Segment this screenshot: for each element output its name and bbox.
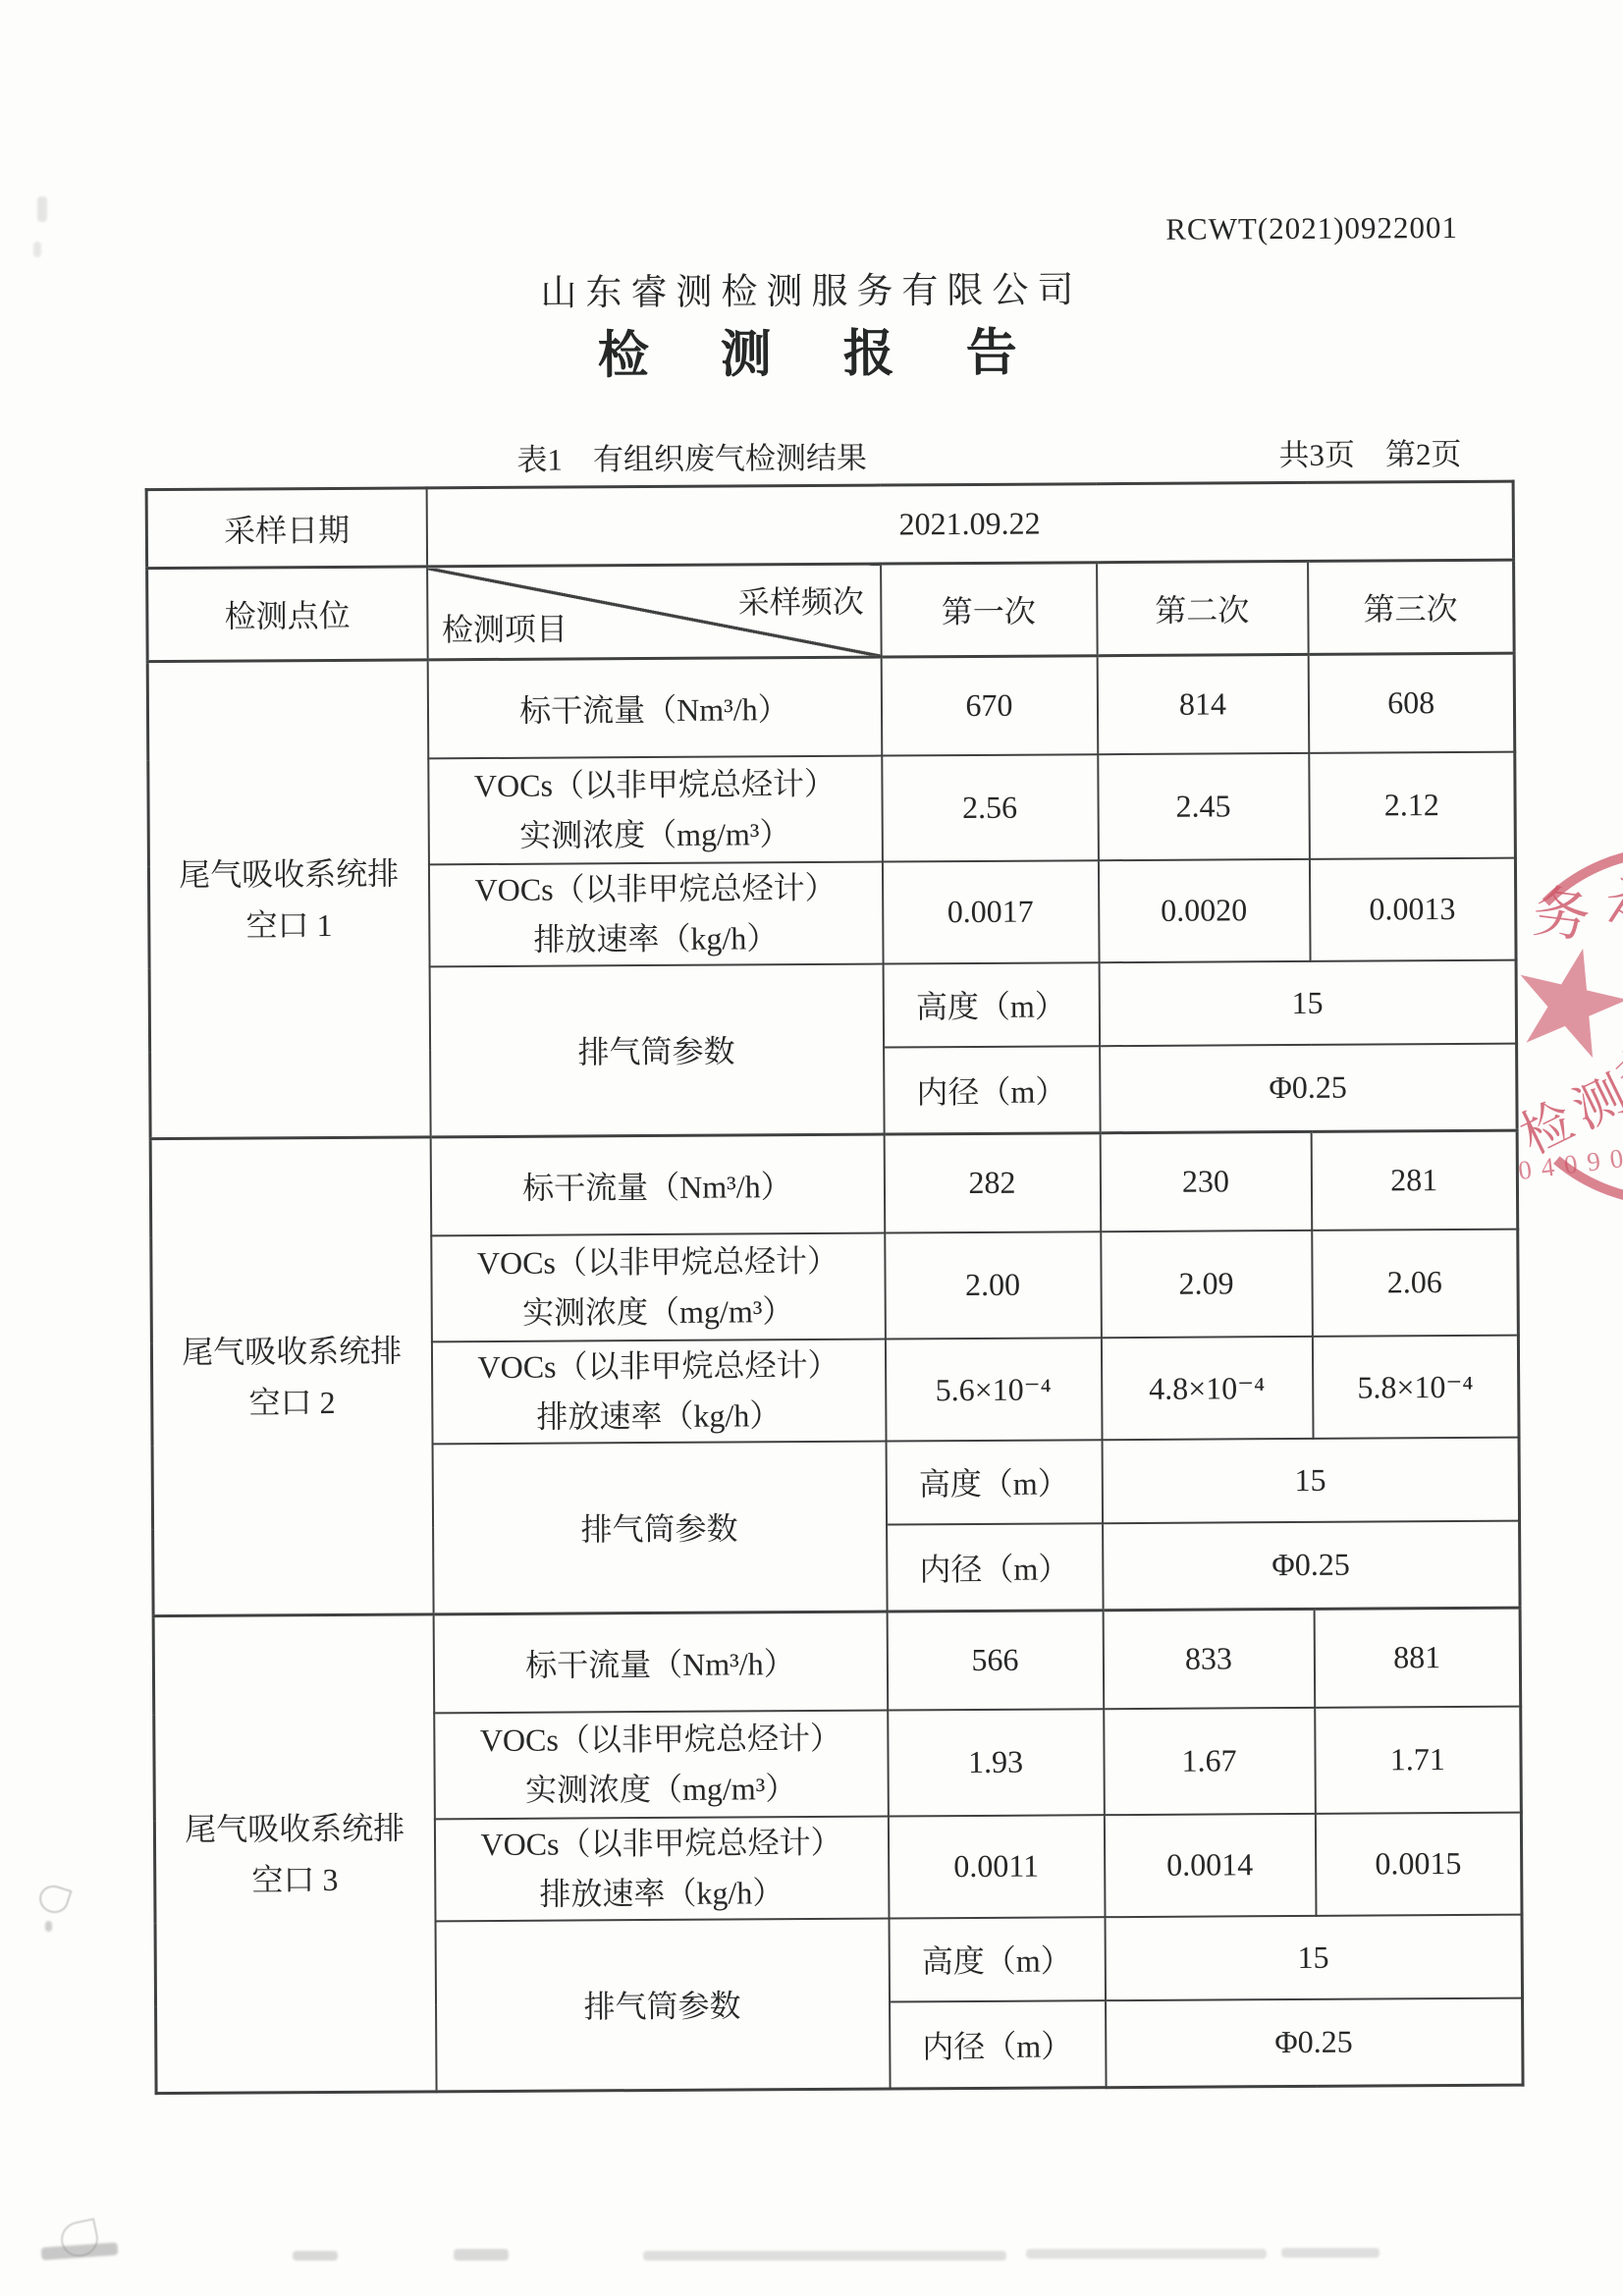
rate-value: 0.0014 xyxy=(1104,1813,1316,1916)
height-label: 高度（m） xyxy=(883,962,1100,1047)
rate-value: 0.0017 xyxy=(882,860,1099,963)
flow-value: 833 xyxy=(1103,1609,1315,1708)
voc-label-line1: VOCs（以非甲烷总烃计） xyxy=(432,1235,884,1288)
diagonal-bottom-label: 检测项目 xyxy=(442,605,568,651)
voc-label-line2: 实测浓度（mg/m³） xyxy=(429,808,881,861)
diameter-value: Φ0.25 xyxy=(1106,1997,1524,2088)
scan-artifact xyxy=(33,242,41,257)
voc-rate-label: VOCs（以非甲烷总烃计） 排放速率（kg/h） xyxy=(434,1816,889,1921)
rate-value: 0.0013 xyxy=(1309,857,1516,960)
diameter-label: 内径（m） xyxy=(884,1046,1101,1134)
voc-label-line1: VOCs（以非甲烷总烃计） xyxy=(435,1713,887,1766)
point-line1: 尾气吸收系统排 xyxy=(150,847,428,901)
point-line2: 空口 1 xyxy=(150,899,428,952)
height-label: 高度（m） xyxy=(889,1917,1106,2001)
voc-label-line1: VOCs（以非甲烷总烃计） xyxy=(429,758,881,811)
scan-artifact xyxy=(1281,2248,1380,2258)
rate-value: 5.8×10⁻⁴ xyxy=(1312,1335,1519,1438)
report-title: 检 测 报 告 xyxy=(598,311,1047,388)
voc-concentration-label: VOCs（以非甲烷总烃计） 实测浓度（mg/m³） xyxy=(428,755,883,864)
point-line2: 空口 3 xyxy=(156,1853,434,1906)
conc-value: 1.71 xyxy=(1315,1706,1522,1813)
flow-value: 608 xyxy=(1308,653,1515,752)
document-content: RCWT(2021)0922001 山东睿测检测服务有限公司 检 测 报 告 表… xyxy=(0,0,1623,2296)
flow-value: 814 xyxy=(1097,654,1309,753)
flow-label: 标干流量（Nm³/h） xyxy=(427,657,882,758)
sampling-date-label: 采样日期 xyxy=(146,488,426,569)
run-2-header: 第二次 xyxy=(1097,561,1309,655)
flow-value: 670 xyxy=(881,656,1098,755)
voc-rate-label: VOCs（以非甲烷总烃计） 排放速率（kg/h） xyxy=(428,861,883,966)
height-value: 15 xyxy=(1102,1437,1520,1523)
point-line1: 尾气吸收系统排 xyxy=(153,1325,431,1378)
page-indicator: 共3页 第2页 xyxy=(1278,429,1461,474)
voc-label-line2: 排放速率（kg/h） xyxy=(436,1867,888,1920)
company-name: 山东睿测检测服务有限公司 xyxy=(540,259,1082,315)
conc-value: 1.67 xyxy=(1104,1707,1316,1814)
rate-value: 0.0020 xyxy=(1098,858,1310,961)
stack-params-label: 排气筒参数 xyxy=(432,1441,887,1614)
diameter-value: Φ0.25 xyxy=(1100,1043,1518,1133)
scan-artifact xyxy=(293,2251,338,2261)
run-3-header: 第三次 xyxy=(1308,560,1515,654)
conc-value: 2.00 xyxy=(885,1231,1102,1339)
conc-value: 2.06 xyxy=(1312,1229,1519,1336)
voc-label-line2: 排放速率（kg/h） xyxy=(433,1390,885,1443)
flow-value: 282 xyxy=(884,1133,1101,1232)
conc-value: 1.93 xyxy=(888,1709,1105,1816)
voc-label-line1: VOCs（以非甲烷总烃计） xyxy=(429,862,881,915)
voc-label-line2: 实测浓度（mg/m³） xyxy=(432,1285,884,1339)
rate-value: 5.6×10⁻⁴ xyxy=(885,1338,1102,1441)
diagonal-top-label: 采样频次 xyxy=(738,577,864,624)
report-title-row: 检 测 报 告 xyxy=(0,307,1619,391)
flow-label: 标干流量（Nm³/h） xyxy=(433,1612,888,1713)
height-value: 15 xyxy=(1105,1914,1523,2000)
diagonal-header-cell: 采样频次 检测项目 xyxy=(427,564,882,660)
monitoring-point-1: 尾气吸收系统排 空口 1 xyxy=(147,660,430,1139)
height-label: 高度（m） xyxy=(886,1440,1103,1524)
flow-value: 566 xyxy=(887,1611,1104,1710)
voc-label-line1: VOCs（以非甲烷总烃计） xyxy=(435,1817,887,1870)
conc-value: 2.56 xyxy=(882,754,1099,861)
stack-params-label: 排气筒参数 xyxy=(435,1918,890,2092)
diameter-label: 内径（m） xyxy=(887,1523,1104,1612)
scan-artifact xyxy=(1026,2249,1267,2259)
voc-label-line2: 排放速率（kg/h） xyxy=(430,912,882,965)
red-seal-stamp: 务 有 ★ 检测 专 04090 xyxy=(1492,841,1623,1229)
scan-artifact xyxy=(45,1921,52,1932)
monitoring-point-3: 尾气吸收系统排 空口 3 xyxy=(153,1614,436,2094)
voc-label-line2: 实测浓度（mg/m³） xyxy=(435,1763,887,1816)
rate-value: 4.8×10⁻⁴ xyxy=(1101,1336,1313,1439)
point-line1: 尾气吸收系统排 xyxy=(156,1802,434,1855)
table-caption: 表1 有组织废气检测结果 xyxy=(516,433,867,479)
scan-artifact xyxy=(454,2249,509,2261)
voc-label-line1: VOCs（以非甲烷总烃计） xyxy=(432,1339,884,1393)
flow-value: 230 xyxy=(1100,1131,1312,1230)
flow-label: 标干流量（Nm³/h） xyxy=(430,1134,885,1235)
voc-rate-label: VOCs（以非甲烷总烃计） 排放速率（kg/h） xyxy=(431,1339,886,1444)
diameter-value: Φ0.25 xyxy=(1103,1520,1521,1611)
point-line2: 空口 2 xyxy=(153,1376,431,1429)
run-1-header: 第一次 xyxy=(881,563,1098,657)
report-number: RCWT(2021)0922001 xyxy=(1165,210,1458,247)
height-value: 15 xyxy=(1099,959,1517,1046)
conc-value: 2.45 xyxy=(1098,752,1310,859)
voc-concentration-label: VOCs（以非甲烷总烃计） 实测浓度（mg/m³） xyxy=(431,1232,886,1341)
sampling-date-value: 2021.09.22 xyxy=(426,481,1513,567)
conc-value: 2.09 xyxy=(1101,1230,1313,1337)
scan-artifact xyxy=(643,2251,1006,2261)
results-table: 采样日期 2021.09.22 检测点位 采样频次 检测项目 第一次 第二次 第… xyxy=(145,480,1525,2095)
scanned-report-page: RCWT(2021)0922001 山东睿测检测服务有限公司 检 测 报 告 表… xyxy=(0,0,1623,2296)
diameter-label: 内径（m） xyxy=(890,2000,1107,2089)
scan-artifact xyxy=(37,196,47,222)
point-column-label: 检测点位 xyxy=(147,567,428,662)
rate-value: 0.0015 xyxy=(1315,1812,1522,1915)
monitoring-point-2: 尾气吸收系统排 空口 2 xyxy=(150,1137,433,1616)
voc-concentration-label: VOCs（以非甲烷总烃计） 实测浓度（mg/m³） xyxy=(434,1710,889,1819)
rate-value: 0.0011 xyxy=(888,1815,1105,1918)
stack-params-label: 排气筒参数 xyxy=(429,963,884,1137)
flow-value: 281 xyxy=(1311,1130,1518,1230)
conc-value: 2.12 xyxy=(1309,751,1516,858)
flow-value: 881 xyxy=(1314,1608,1521,1707)
